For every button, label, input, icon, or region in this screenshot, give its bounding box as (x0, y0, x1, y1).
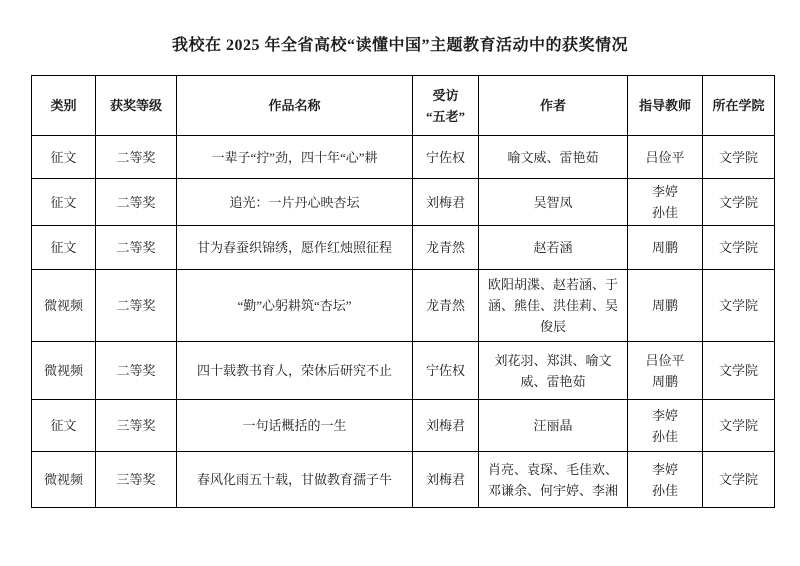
cell-award: 三等奖 (96, 452, 177, 508)
cell-category: 征文 (32, 226, 96, 270)
cell-award: 二等奖 (96, 226, 177, 270)
cell-interviewee: 宁佐权 (413, 342, 479, 400)
cell-category: 微视频 (32, 342, 96, 400)
cell-interviewee: 宁佐权 (413, 136, 479, 179)
cell-advisors: 李婷 孙佳 (628, 400, 703, 452)
cell-advisors: 吕俭平 (628, 136, 703, 179)
cell-college: 文学院 (703, 226, 775, 270)
cell-interviewee: 龙青然 (413, 226, 479, 270)
cell-interviewee: 龙青然 (413, 270, 479, 342)
cell-advisors: 周鹏 (628, 270, 703, 342)
cell-authors: 吴智凤 (479, 179, 628, 226)
cell-award: 二等奖 (96, 179, 177, 226)
table-row: 微视频 二等奖 四十载教书育人，荣休后研究不止 宁佐权 刘花羽、郑淇、喻文威、雷… (32, 342, 775, 400)
table-row: 征文 三等奖 一句话概括的一生 刘梅君 汪丽晶 李婷 孙佳 文学院 (32, 400, 775, 452)
table-row: 微视频 三等奖 春风化雨五十载，甘做教育孺子牛 刘梅君 肖亮、袁琛、毛佳欢、邓谦… (32, 452, 775, 508)
col-header-college: 所在学院 (703, 76, 775, 136)
cell-award: 二等奖 (96, 270, 177, 342)
cell-advisors: 周鹏 (628, 226, 703, 270)
cell-work: 四十载教书育人，荣休后研究不止 (177, 342, 413, 400)
cell-work: 春风化雨五十载，甘做教育孺子牛 (177, 452, 413, 508)
cell-category: 征文 (32, 400, 96, 452)
cell-advisors: 李婷 孙佳 (628, 179, 703, 226)
cell-authors: 汪丽晶 (479, 400, 628, 452)
cell-authors: 刘花羽、郑淇、喻文威、雷艳茹 (479, 342, 628, 400)
cell-authors: 喻文威、雷艳茹 (479, 136, 628, 179)
cell-authors: 赵若涵 (479, 226, 628, 270)
cell-authors: 肖亮、袁琛、毛佳欢、邓谦余、何宇婷、李湘 (479, 452, 628, 508)
cell-award: 二等奖 (96, 136, 177, 179)
col-header-advisors: 指导教师 (628, 76, 703, 136)
col-header-interviewee: 受访 “五老” (413, 76, 479, 136)
cell-work: 一句话概括的一生 (177, 400, 413, 452)
cell-college: 文学院 (703, 270, 775, 342)
cell-work: 甘为春蚕织锦绣，愿作红烛照征程 (177, 226, 413, 270)
col-header-work: 作品名称 (177, 76, 413, 136)
cell-award: 三等奖 (96, 400, 177, 452)
cell-authors: 欧阳胡渫、赵若涵、于涵、熊佳、洪佳莉、吴俊辰 (479, 270, 628, 342)
document-page: 我校在 2025 年全省高校“读懂中国”主题教育活动中的获奖情况 类别 获奖等级… (0, 0, 800, 566)
cell-college: 文学院 (703, 179, 775, 226)
cell-advisors: 吕俭平 周鹏 (628, 342, 703, 400)
cell-work: 一辈子“拧”劲，四十年“心”耕 (177, 136, 413, 179)
cell-interviewee: 刘梅君 (413, 179, 479, 226)
page-title: 我校在 2025 年全省高校“读懂中国”主题教育活动中的获奖情况 (0, 32, 800, 55)
cell-college: 文学院 (703, 400, 775, 452)
table-row: 征文 二等奖 追光：一片丹心映杏坛 刘梅君 吴智凤 李婷 孙佳 文学院 (32, 179, 775, 226)
cell-college: 文学院 (703, 136, 775, 179)
table-row: 征文 二等奖 一辈子“拧”劲，四十年“心”耕 宁佐权 喻文威、雷艳茹 吕俭平 文… (32, 136, 775, 179)
cell-advisors: 李婷 孙佳 (628, 452, 703, 508)
cell-award: 二等奖 (96, 342, 177, 400)
col-header-category: 类别 (32, 76, 96, 136)
cell-college: 文学院 (703, 342, 775, 400)
table-row: 征文 二等奖 甘为春蚕织锦绣，愿作红烛照征程 龙青然 赵若涵 周鹏 文学院 (32, 226, 775, 270)
cell-work: 追光：一片丹心映杏坛 (177, 179, 413, 226)
cell-interviewee: 刘梅君 (413, 452, 479, 508)
cell-college: 文学院 (703, 452, 775, 508)
cell-work: “勤”心躬耕筑“杏坛” (177, 270, 413, 342)
table-header-row: 类别 获奖等级 作品名称 受访 “五老” 作者 指导教师 所在学院 (32, 76, 775, 136)
cell-category: 微视频 (32, 452, 96, 508)
cell-category: 征文 (32, 179, 96, 226)
cell-interviewee: 刘梅君 (413, 400, 479, 452)
col-header-award: 获奖等级 (96, 76, 177, 136)
cell-category: 微视频 (32, 270, 96, 342)
cell-category: 征文 (32, 136, 96, 179)
awards-table: 类别 获奖等级 作品名称 受访 “五老” 作者 指导教师 所在学院 征文 二等奖… (31, 75, 775, 508)
col-header-authors: 作者 (479, 76, 628, 136)
table-row: 微视频 二等奖 “勤”心躬耕筑“杏坛” 龙青然 欧阳胡渫、赵若涵、于涵、熊佳、洪… (32, 270, 775, 342)
